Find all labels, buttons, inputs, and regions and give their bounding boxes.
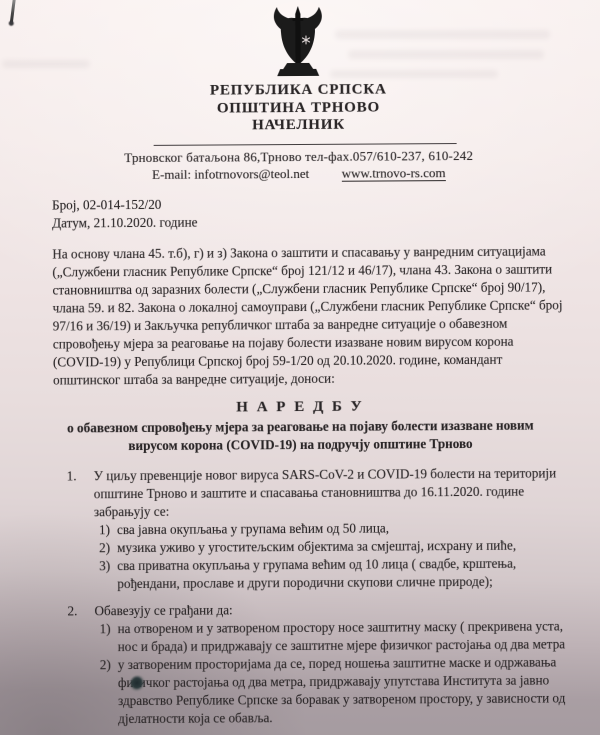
document-page: РЕПУБЛИКА СРПСКА ОПШТИНА ТРНОВО НАЧЕЛНИК… <box>0 0 600 735</box>
sub-item-number: 3) <box>99 557 117 593</box>
sub-item: 2) у затвореним просторијама да се, поре… <box>100 653 567 728</box>
item-number: 1. <box>67 467 95 593</box>
sub-item-number: 2) <box>99 539 117 557</box>
letterhead-divider <box>153 143 456 146</box>
letterhead-contact-line: E-mail: infotrnovors@teol.net www.trnovo… <box>0 163 599 184</box>
item-text: У циљу превенције новог вируса SARS-CoV-… <box>94 464 566 521</box>
item-number: 2. <box>67 602 95 728</box>
sub-item-text: у затвореним просторијама да се, поред н… <box>118 653 567 728</box>
sub-item-text: сва приватна окупљања у групама већим од… <box>117 554 566 593</box>
document-body: Број, 02-014-152/20 Датум, 21.10.2020. г… <box>0 193 600 729</box>
email-address: infotrnovors@teol.net <box>194 165 309 181</box>
list-item-2: 2. Обавезују се грађани да: 1) на отворе… <box>67 599 567 728</box>
item-body: У циљу превенције новог вируса SARS-CoV-… <box>94 464 567 593</box>
sub-item-number: 2) <box>100 656 118 728</box>
list-item-1: 1. У циљу превенције новог вируса SARS-C… <box>67 464 567 593</box>
order-title: Н А Р Е Д Б У <box>44 396 556 417</box>
scanned-document-photo: РЕПУБЛИКА СРПСКА ОПШТИНА ТРНОВО НАЧЕЛНИК… <box>0 0 600 735</box>
sub-item-number: 1) <box>100 620 118 656</box>
document-date: Датум, 21.10.2020. године <box>52 211 564 232</box>
sub-item: 1) на отвореном и у затвореном простору … <box>100 617 567 656</box>
document-meta: Број, 02-014-152/20 Датум, 21.10.2020. г… <box>52 193 564 232</box>
sub-item: 3) сва приватна окупљања у групама већим… <box>99 554 566 593</box>
coat-of-arms-icon <box>266 6 330 78</box>
item-body: Обавезују се грађани да: 1) на отвореном… <box>94 599 567 728</box>
legal-basis-paragraph: На основу члана 45. т.б), г) и з) Закона… <box>52 242 565 389</box>
sub-item-text: на отвореном и у затвореном простору нос… <box>118 617 567 656</box>
sub-item-number: 1) <box>99 521 117 539</box>
order-subtitle: о обавезном спровођењу мјера за реаговањ… <box>44 416 556 455</box>
org-name-office: НАЧЕЛНИК <box>0 115 599 136</box>
email-label: E-mail: <box>152 166 191 181</box>
website-url: www.trnovo-rs.com <box>342 165 446 182</box>
